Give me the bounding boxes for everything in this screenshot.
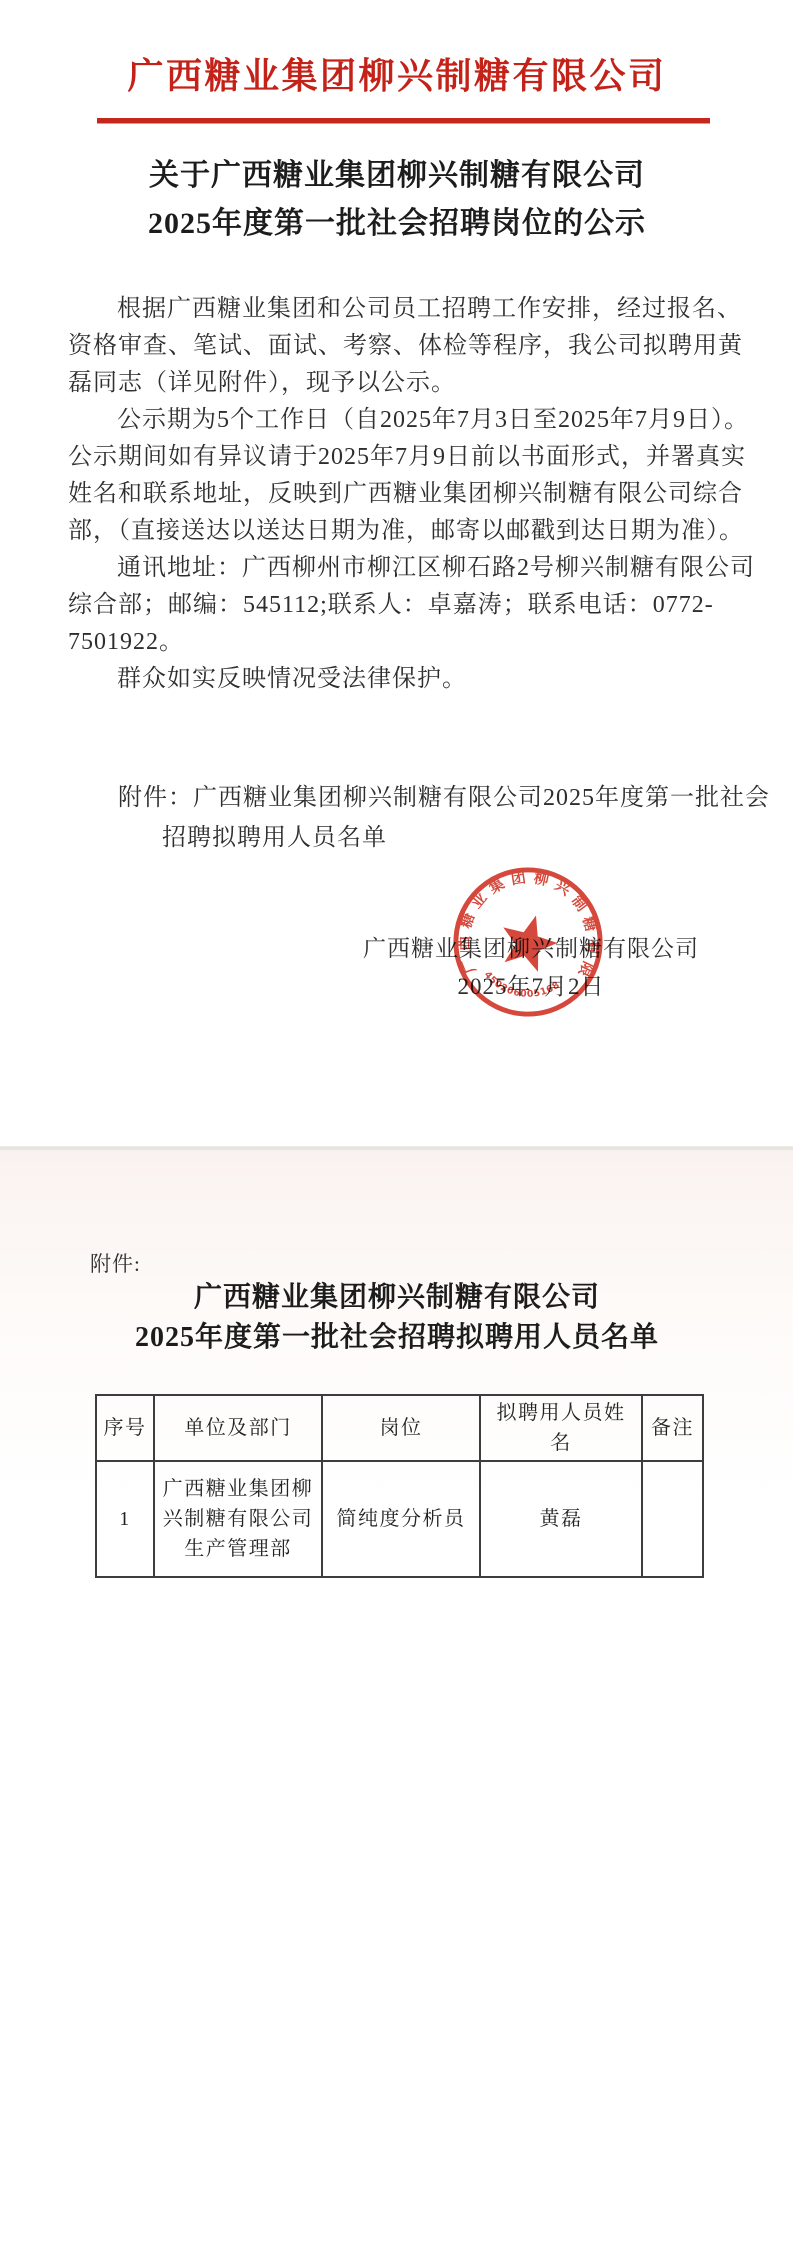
document-title: 关于广西糖业集团柳兴制糖有限公司 2025年度第一批社会招聘岗位的公示 [66, 152, 728, 248]
seal-company-text: 广西糖业集团柳兴制糖有限公司 [444, 858, 608, 986]
table-header-row: 序号 单位及部门 岗位 拟聘用人员姓名 备注 [96, 1395, 703, 1461]
official-seal: 广西糖业集团柳兴制糖有限公司 450206005168 [444, 858, 613, 1027]
body-line: 综合部；邮编：545112;联系人：卓嘉涛；联系电话：0772- [68, 587, 734, 624]
scanned-document: 广西糖业集团柳兴制糖有限公司 关于广西糖业集团柳兴制糖有限公司 2025年度第一… [0, 0, 793, 2244]
seal-star-icon [500, 913, 559, 973]
table-header-remarks: 备注 [642, 1395, 703, 1461]
attachment-label: 附件: [90, 1248, 141, 1278]
body-line: 群众如实反映情况受法律保护。 [68, 661, 734, 698]
cell-remarks [642, 1461, 703, 1577]
body-paragraph: 群众如实反映情况受法律保护。 [68, 661, 734, 698]
body-line: 磊同志（详见附件），现予以公示。 [68, 365, 734, 402]
body-line: 公示期为5个工作日（自2025年7月3日至2025年7月9日）。 [68, 402, 734, 439]
table-header-department: 单位及部门 [154, 1395, 322, 1461]
letterhead-rule [97, 118, 710, 123]
table-header-candidate: 拟聘用人员姓名 [480, 1395, 642, 1461]
body-paragraph: 通讯地址：广西柳州市柳江区柳石路2号柳兴制糖有限公司 综合部；邮编：545112… [68, 550, 734, 661]
body-line: 通讯地址：广西柳州市柳江区柳石路2号柳兴制糖有限公司 [68, 550, 734, 587]
table-header-position: 岗位 [322, 1395, 480, 1461]
body-line: 公示期间如有异议请于2025年7月9日前以书面形式，并署真实 [68, 439, 734, 476]
roster-table: 序号 单位及部门 岗位 拟聘用人员姓名 备注 1 广西糖业集团柳兴制糖有限公司生… [95, 1394, 704, 1578]
svg-text:450206005168: 450206005168 [480, 969, 562, 1002]
seal-serial-text: 450206005168 [480, 969, 562, 1002]
document-title-line2: 2025年度第一批社会招聘岗位的公示 [66, 200, 728, 248]
svg-text:广西糖业集团柳兴制糖有限公司: 广西糖业集团柳兴制糖有限公司 [444, 858, 608, 986]
cell-department: 广西糖业集团柳兴制糖有限公司生产管理部 [154, 1461, 322, 1577]
body-line: 部，（直接送达以送达日期为准，邮寄以邮戳到达日期为准）。 [68, 513, 734, 550]
attachment-title-line1: 广西糖业集团柳兴制糖有限公司 [66, 1278, 728, 1318]
body-paragraph: 根据广西糖业集团和公司员工招聘工作安排，经过报名、 资格审查、笔试、面试、考察、… [68, 291, 734, 402]
body-line: 资格审查、笔试、面试、考察、体检等程序，我公司拟聘用黄 [68, 328, 734, 365]
attachment-title: 广西糖业集团柳兴制糖有限公司 2025年度第一批社会招聘拟聘用人员名单 [66, 1278, 728, 1358]
table-header-serial: 序号 [96, 1395, 154, 1461]
letterhead-company-title: 广西糖业集团柳兴制糖有限公司 [66, 48, 728, 99]
body-line: 7501922。 [68, 624, 734, 661]
body-line: 根据广西糖业集团和公司员工招聘工作安排，经过报名、 [68, 291, 734, 328]
body-paragraph: 公示期为5个工作日（自2025年7月3日至2025年7月9日）。 公示期间如有异… [68, 402, 734, 550]
table-row: 1 广西糖业集团柳兴制糖有限公司生产管理部 简纯度分析员 黄磊 [96, 1461, 703, 1577]
attachment-note: 附件：广西糖业集团柳兴制糖有限公司2025年度第一批社会 招聘拟聘用人员名单 [118, 778, 738, 858]
document-title-line1: 关于广西糖业集团柳兴制糖有限公司 [66, 152, 728, 200]
body-line: 姓名和联系地址，反映到广西糖业集团柳兴制糖有限公司综合 [68, 476, 734, 513]
cell-serial: 1 [96, 1461, 154, 1577]
attachment-title-line2: 2025年度第一批社会招聘拟聘用人员名单 [66, 1318, 728, 1358]
cell-candidate: 黄磊 [480, 1461, 642, 1577]
attachment-note-line2: 招聘拟聘用人员名单 [118, 818, 738, 858]
attachment-note-line1: 附件：广西糖业集团柳兴制糖有限公司2025年度第一批社会 [118, 778, 738, 818]
cell-position: 简纯度分析员 [322, 1461, 480, 1577]
